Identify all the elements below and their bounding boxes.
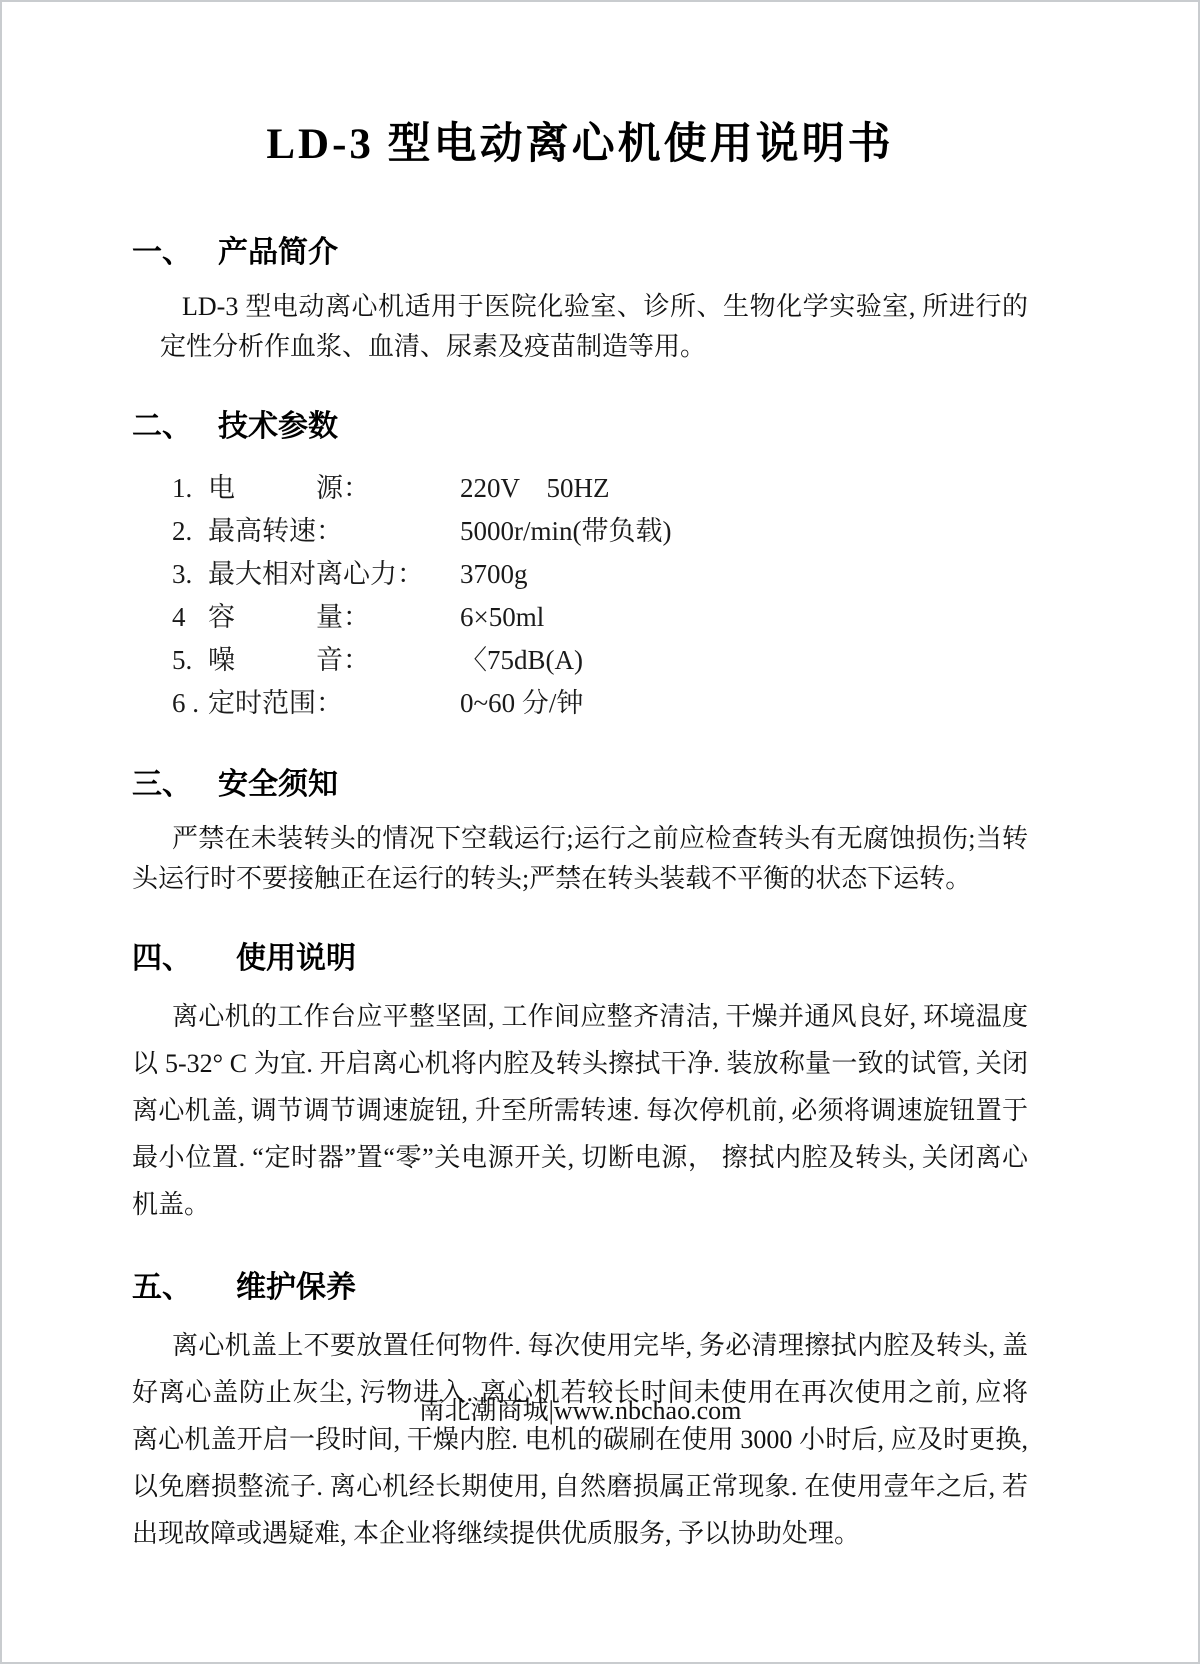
spec-row-power: 1. 电 源： 220V 50HZ bbox=[172, 467, 1028, 510]
section-title: 产品简介 bbox=[218, 227, 338, 271]
section-heading-maintenance: 五、 维护保养 bbox=[132, 1262, 1028, 1306]
spec-row-max-rcf: 3. 最大相对离心力： 3700g bbox=[172, 553, 1028, 596]
spec-label: 最高转速： bbox=[208, 510, 460, 553]
spec-row-capacity: 4 容 量： 6×50ml bbox=[172, 596, 1028, 639]
section-heading-safety: 三、 安全须知 bbox=[132, 759, 1028, 803]
intro-paragraph: LD-3 型电动离心机适用于医院化验室、诊所、生物化学实验室, 所进行的定性分析… bbox=[160, 287, 1028, 367]
spec-label: 定时范围： bbox=[208, 682, 460, 725]
spec-label: 最大相对离心力： bbox=[208, 553, 460, 596]
footer-watermark: 南北潮商城|www.nbchao.com bbox=[2, 1390, 1158, 1427]
page-content: LD-3 型电动离心机使用说明书 一、 产品简介 LD-3 型电动离心机适用于医… bbox=[2, 2, 1198, 1557]
spec-value: 5000r/min(带负载) bbox=[460, 510, 671, 553]
spec-label: 电 源： bbox=[208, 467, 460, 510]
spec-row-max-speed: 2. 最高转速： 5000r/min(带负载) bbox=[172, 510, 1028, 553]
spec-number: 5. bbox=[172, 639, 208, 682]
spec-value: 3700g bbox=[460, 553, 528, 596]
section-number: 二、 bbox=[132, 401, 192, 445]
section-heading-specs: 二、 技术参数 bbox=[132, 401, 1028, 445]
maintenance-paragraph: 离心机盖上不要放置任何物件. 每次使用完毕, 务必清理擦拭内腔及转头, 盖好离心… bbox=[132, 1322, 1028, 1557]
spec-row-noise: 5. 噪 音： 〈75dB(A) bbox=[172, 639, 1028, 682]
manual-page: LD-3 型电动离心机使用说明书 一、 产品简介 LD-3 型电动离心机适用于医… bbox=[0, 0, 1200, 1664]
section-number: 五、 bbox=[132, 1262, 192, 1306]
section-title: 技术参数 bbox=[218, 401, 338, 445]
spec-number: 4 bbox=[172, 596, 208, 639]
spec-row-timer-range: 6 . 定时范围： 0~60 分/钟 bbox=[172, 682, 1028, 725]
section-number: 一、 bbox=[132, 227, 192, 271]
section-title: 安全须知 bbox=[218, 759, 338, 803]
usage-paragraph: 离心机的工作台应平整坚固, 工作间应整齐清洁, 干燥并通风良好, 环境温度以 5… bbox=[132, 993, 1028, 1228]
spec-value: 0~60 分/钟 bbox=[460, 682, 583, 725]
safety-paragraph: 严禁在未装转头的情况下空载运行;运行之前应检查转头有无腐蚀损伤;当转头运行时不要… bbox=[132, 819, 1028, 899]
section-heading-intro: 一、 产品简介 bbox=[132, 227, 1028, 271]
spec-label: 容 量： bbox=[208, 596, 460, 639]
spec-number: 3. bbox=[172, 553, 208, 596]
section-title: 使用说明 bbox=[236, 933, 356, 977]
section-heading-usage: 四、 使用说明 bbox=[132, 933, 1028, 977]
spec-number: 2. bbox=[172, 510, 208, 553]
spec-list: 1. 电 源： 220V 50HZ 2. 最高转速： 5000r/min(带负载… bbox=[132, 467, 1028, 725]
spec-value: 220V 50HZ bbox=[460, 467, 610, 510]
spec-number: 6 . bbox=[172, 682, 208, 725]
section-number: 三、 bbox=[132, 759, 192, 803]
section-number: 四、 bbox=[132, 933, 192, 977]
spec-value: 〈75dB(A) bbox=[460, 639, 583, 682]
spec-label: 噪 音： bbox=[208, 639, 460, 682]
page-title: LD-3 型电动离心机使用说明书 bbox=[132, 110, 1028, 171]
spec-value: 6×50ml bbox=[460, 596, 544, 639]
section-title: 维护保养 bbox=[236, 1262, 356, 1306]
spec-number: 1. bbox=[172, 467, 208, 510]
